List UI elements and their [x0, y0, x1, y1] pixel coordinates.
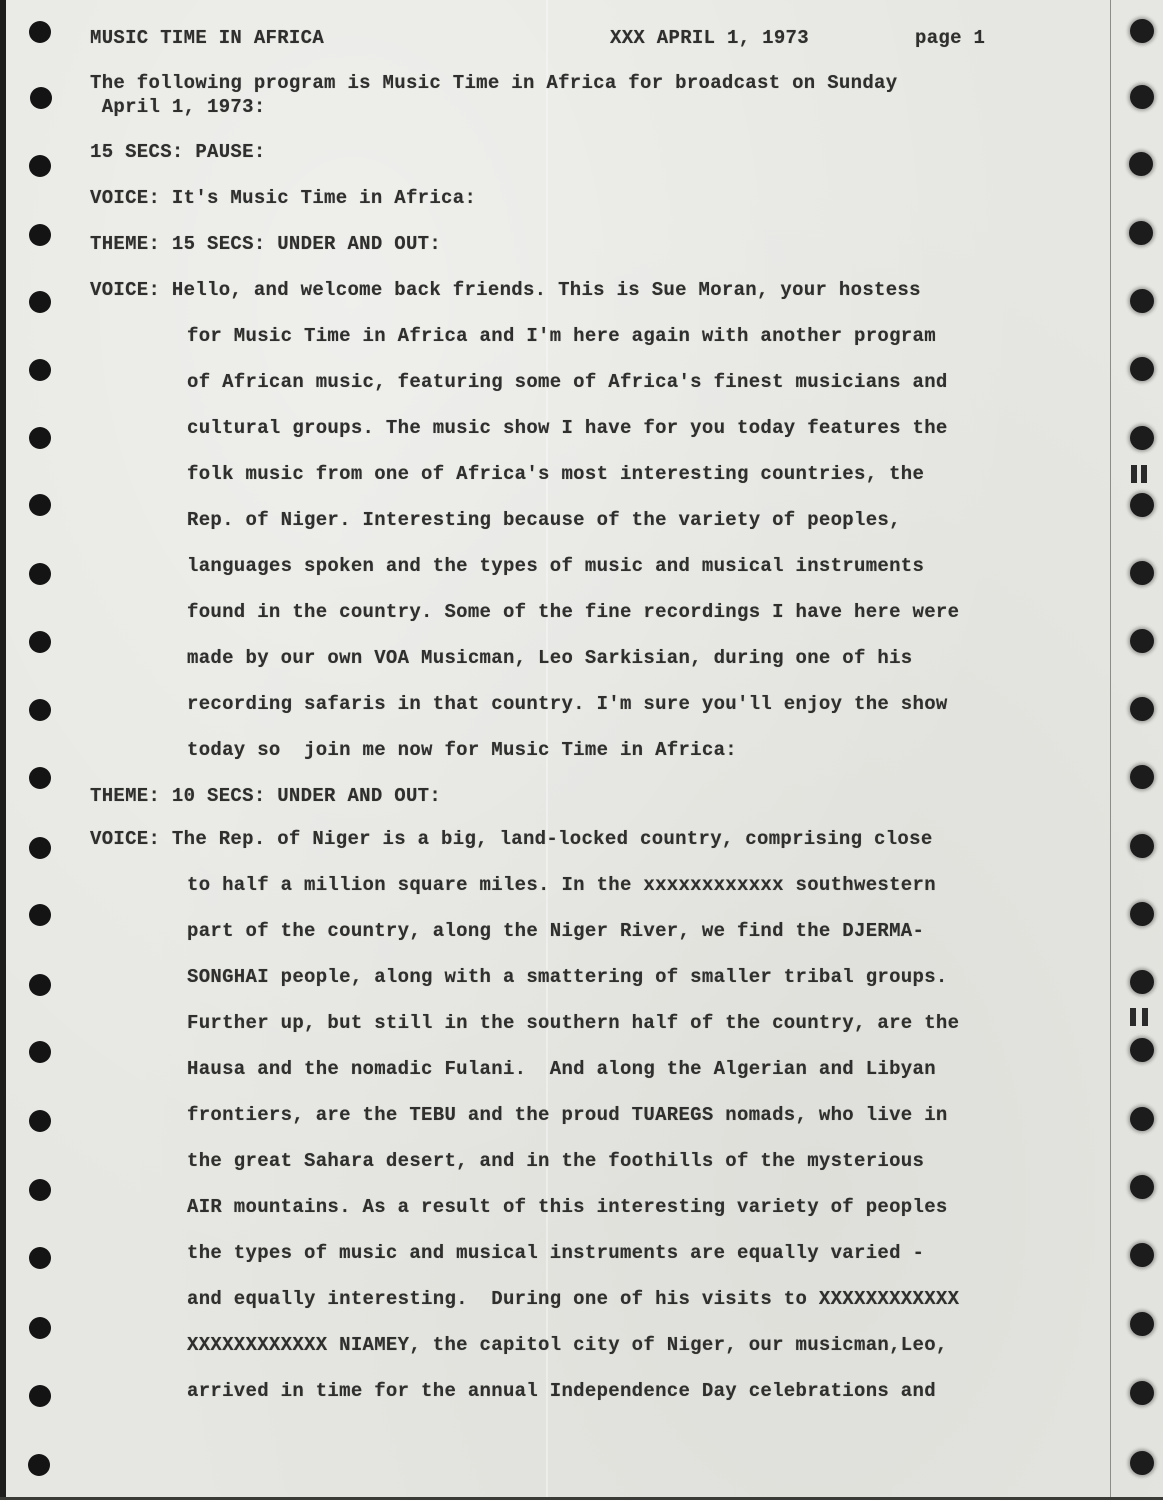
script-line: for Music Time in Africa and I'm here ag… [187, 325, 936, 347]
script-cue: VOICE: The Rep. of Niger is a big, land-… [90, 828, 933, 850]
tractor-hole-icon [29, 1247, 51, 1269]
tractor-hole-icon [29, 1179, 51, 1201]
script-line: today so join me now for Music Time in A… [187, 739, 737, 761]
broadcast-date: XXX APRIL 1, 1973 [610, 27, 809, 49]
tractor-feed-perforation [1110, 0, 1111, 1497]
script-line: languages spoken and the types of music … [187, 555, 924, 577]
tractor-hole-icon [29, 494, 51, 516]
script-line: made by our own VOA Musicman, Leo Sarkis… [187, 647, 913, 669]
tractor-hole-icon [29, 974, 51, 996]
script-line: the types of music and musical instrumen… [187, 1242, 924, 1264]
script-cue: VOICE: It's Music Time in Africa: [90, 187, 476, 209]
script-line: Rep. of Niger. Interesting because of th… [187, 509, 901, 531]
feed-mark-icon [1131, 465, 1137, 483]
tractor-hole-icon [29, 904, 51, 926]
tractor-hole-icon [29, 359, 51, 381]
tractor-hole-icon [1130, 1243, 1154, 1267]
script-line: Hausa and the nomadic Fulani. And along … [187, 1058, 936, 1080]
tractor-hole-icon [29, 155, 51, 177]
intro-line: April 1, 1973: [90, 96, 266, 118]
tractor-hole-icon [1130, 493, 1154, 517]
script-cue: THEME: 15 SECS: UNDER AND OUT: [90, 233, 441, 255]
tractor-hole-icon [1130, 426, 1154, 450]
feed-mark-icon [1142, 1008, 1148, 1026]
tractor-hole-icon [1130, 1451, 1154, 1475]
script-line: to half a million square miles. In the x… [187, 874, 936, 896]
tractor-hole-icon [1130, 1381, 1154, 1405]
feed-mark-icon [1141, 465, 1147, 483]
script-cue: VOICE: Hello, and welcome back friends. … [90, 279, 921, 301]
tractor-hole-icon [30, 87, 52, 109]
tractor-hole-icon [1129, 152, 1153, 176]
tractor-hole-icon [29, 427, 51, 449]
tractor-hole-icon [29, 291, 51, 313]
tractor-hole-icon [1130, 765, 1154, 789]
tractor-hole-icon [29, 837, 51, 859]
tractor-hole-icon [29, 21, 51, 43]
script-line: XXXXXXXXXXXX NIAMEY, the capitol city of… [187, 1334, 948, 1356]
tractor-hole-icon [28, 1454, 50, 1476]
script-line: of African music, featuring some of Afri… [187, 371, 948, 393]
tractor-hole-icon [1130, 629, 1154, 653]
script-line: part of the country, along the Niger Riv… [187, 920, 924, 942]
tractor-hole-icon [1130, 697, 1154, 721]
script-line: SONGHAI people, along with a smattering … [187, 966, 948, 988]
tractor-hole-icon [29, 563, 51, 585]
tractor-hole-icon [29, 1317, 51, 1339]
tractor-hole-icon [1130, 357, 1154, 381]
script-line: arrived in time for the annual Independe… [187, 1380, 936, 1402]
tractor-hole-icon [29, 224, 51, 246]
script-line: folk music from one of Africa's most int… [187, 463, 924, 485]
tractor-hole-icon [29, 1110, 51, 1132]
tractor-hole-icon [1130, 561, 1154, 585]
page-number: page 1 [915, 27, 985, 49]
tractor-hole-icon [29, 631, 51, 653]
script-line: cultural groups. The music show I have f… [187, 417, 948, 439]
tractor-hole-icon [1130, 1107, 1154, 1131]
script-line: found in the country. Some of the fine r… [187, 601, 959, 623]
tractor-hole-icon [1130, 289, 1154, 313]
tractor-hole-icon [1130, 1175, 1154, 1199]
intro-line: The following program is Music Time in A… [90, 72, 897, 94]
script-cue: 15 SECS: PAUSE: [90, 141, 266, 163]
tractor-hole-icon [1130, 1312, 1154, 1336]
tractor-hole-icon [1130, 902, 1154, 926]
tractor-hole-icon [29, 699, 51, 721]
tractor-hole-icon [29, 1041, 51, 1063]
tractor-hole-icon [1130, 834, 1154, 858]
script-line: AIR mountains. As a result of this inter… [187, 1196, 948, 1218]
script-line: Further up, but still in the southern ha… [187, 1012, 959, 1034]
script-line: the great Sahara desert, and in the foot… [187, 1150, 924, 1172]
script-cue: THEME: 10 SECS: UNDER AND OUT: [90, 785, 441, 807]
script-line: and equally interesting. During one of h… [187, 1288, 959, 1310]
tractor-hole-icon [1130, 970, 1154, 994]
feed-mark-icon [1130, 1008, 1136, 1026]
script-line: recording safaris in that country. I'm s… [187, 693, 948, 715]
tractor-hole-icon [29, 767, 51, 789]
tractor-hole-icon [1130, 1038, 1154, 1062]
tractor-hole-icon [1130, 85, 1154, 109]
program-title: MUSIC TIME IN AFRICA [90, 27, 324, 49]
tractor-hole-icon [1130, 19, 1154, 43]
script-line: frontiers, are the TEBU and the proud TU… [187, 1104, 948, 1126]
tractor-hole-icon [1129, 221, 1153, 245]
tractor-hole-icon [29, 1385, 51, 1407]
